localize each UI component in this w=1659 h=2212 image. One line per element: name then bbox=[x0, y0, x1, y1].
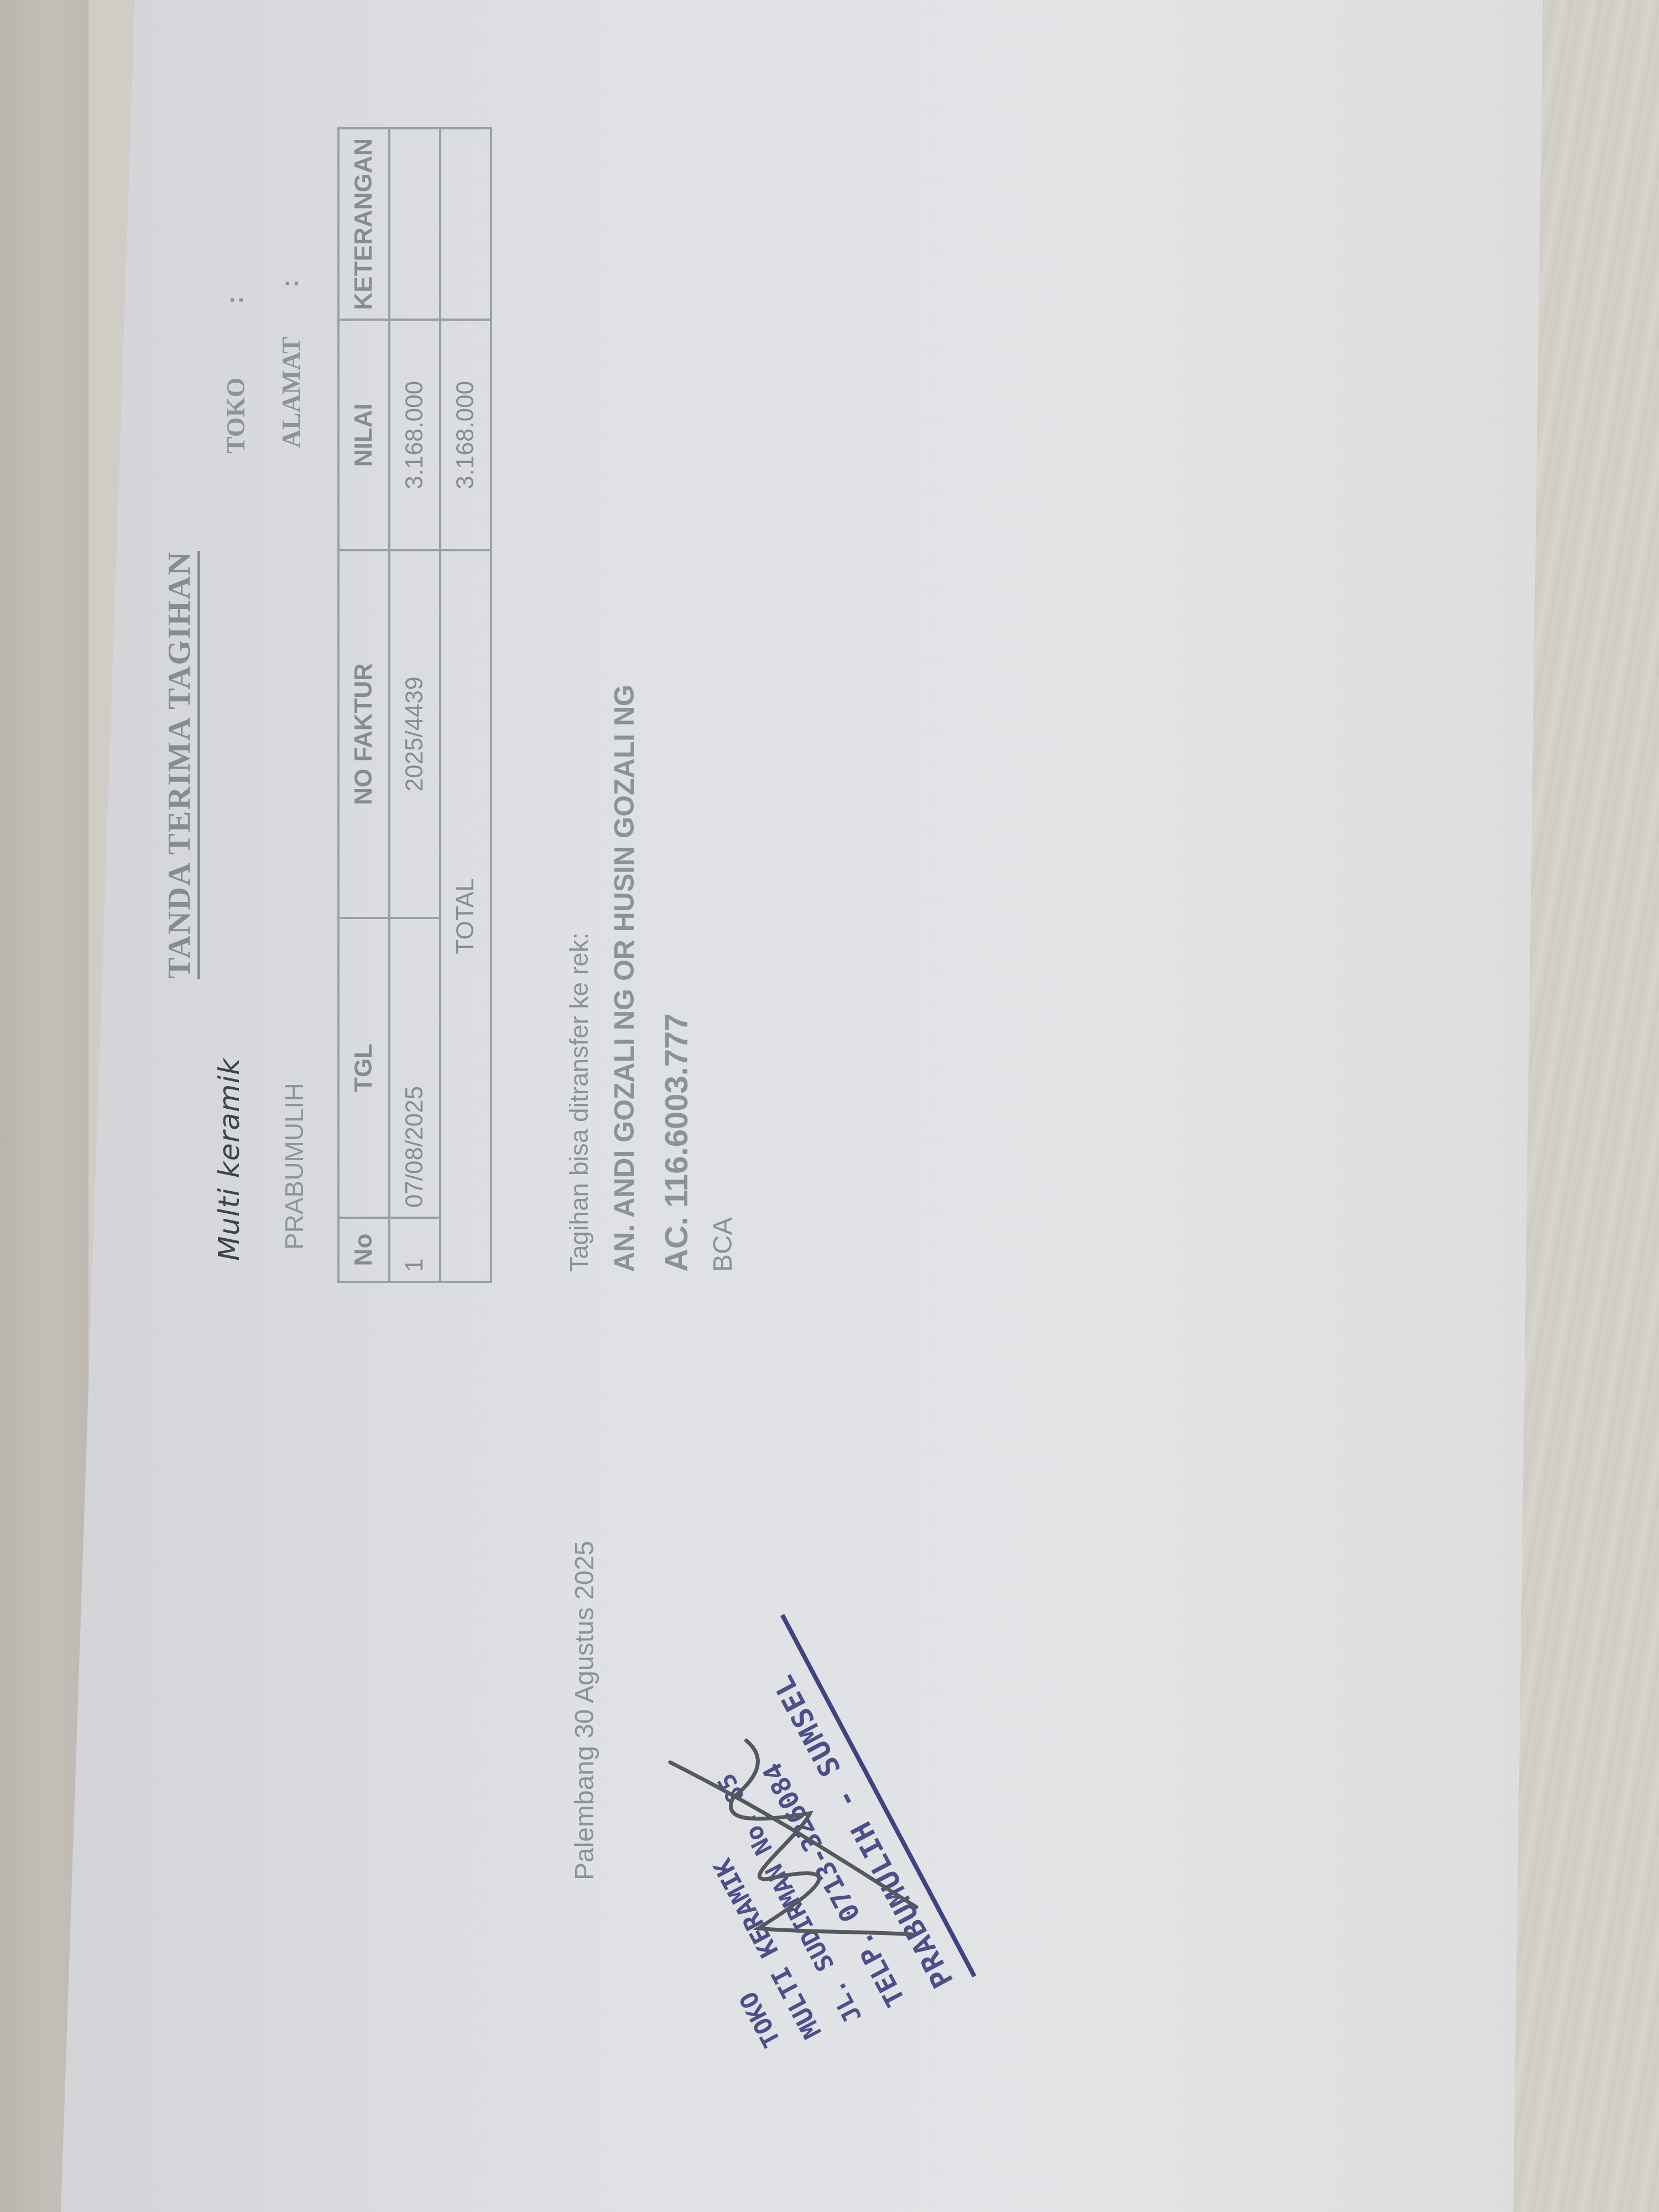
cell-nilai: 3.168.000 bbox=[389, 320, 440, 550]
toko-value-handwritten: Multi keramik bbox=[213, 1058, 246, 1261]
company-stamp: TOKO MULTI KERAMIK JL. SUDIRMAN No. 85 T… bbox=[580, 1591, 1002, 2081]
toko-label: TOKO bbox=[221, 378, 251, 453]
table-header-row: No TGL NO FAKTUR NILAI KETERANGAN bbox=[338, 128, 389, 1282]
toko-colon: : bbox=[221, 296, 249, 304]
header-no-faktur: NO FAKTUR bbox=[338, 550, 389, 918]
header-tgl: TGL bbox=[338, 918, 389, 1218]
alamat-value: PRABUMULIH bbox=[279, 1083, 309, 1250]
signature-icon bbox=[636, 1670, 957, 2022]
alamat-label: ALAMAT bbox=[276, 337, 306, 448]
document-title: TANDA TERIMA TAGIHAN bbox=[160, 551, 197, 979]
cell-tgl: 07/08/2025 bbox=[389, 918, 440, 1218]
payment-account-number: AC. 116.6003.777 bbox=[658, 1013, 695, 1272]
table-row: 1 07/08/2025 2025/4439 3.168.000 bbox=[389, 128, 440, 1282]
header-keterangan: KETERANGAN bbox=[338, 128, 389, 320]
cell-keterangan bbox=[389, 128, 440, 320]
total-label: TOTAL bbox=[440, 550, 491, 1282]
header-nilai: NILAI bbox=[338, 320, 389, 550]
cell-no: 1 bbox=[389, 1218, 440, 1282]
total-value: 3.168.000 bbox=[440, 320, 491, 550]
alamat-colon: : bbox=[276, 279, 304, 288]
payment-bank: BCA bbox=[708, 1217, 738, 1272]
document-rotated: TANDA TERIMA TAGIHAN TOKO : Multi kerami… bbox=[138, 83, 1521, 2129]
table-total-row: TOTAL 3.168.000 bbox=[440, 128, 491, 1282]
total-keterangan bbox=[440, 128, 491, 320]
cell-no-faktur: 2025/4439 bbox=[389, 550, 440, 918]
header-no: No bbox=[338, 1218, 389, 1282]
payment-account-name: AN. ANDI GOZALI NG OR HUSIN GOZALI NG bbox=[608, 685, 640, 1272]
payment-intro: Tagihan bisa ditransfer ke rek: bbox=[564, 932, 594, 1272]
invoice-table: No TGL NO FAKTUR NILAI KETERANGAN 1 07/0… bbox=[337, 127, 492, 1283]
